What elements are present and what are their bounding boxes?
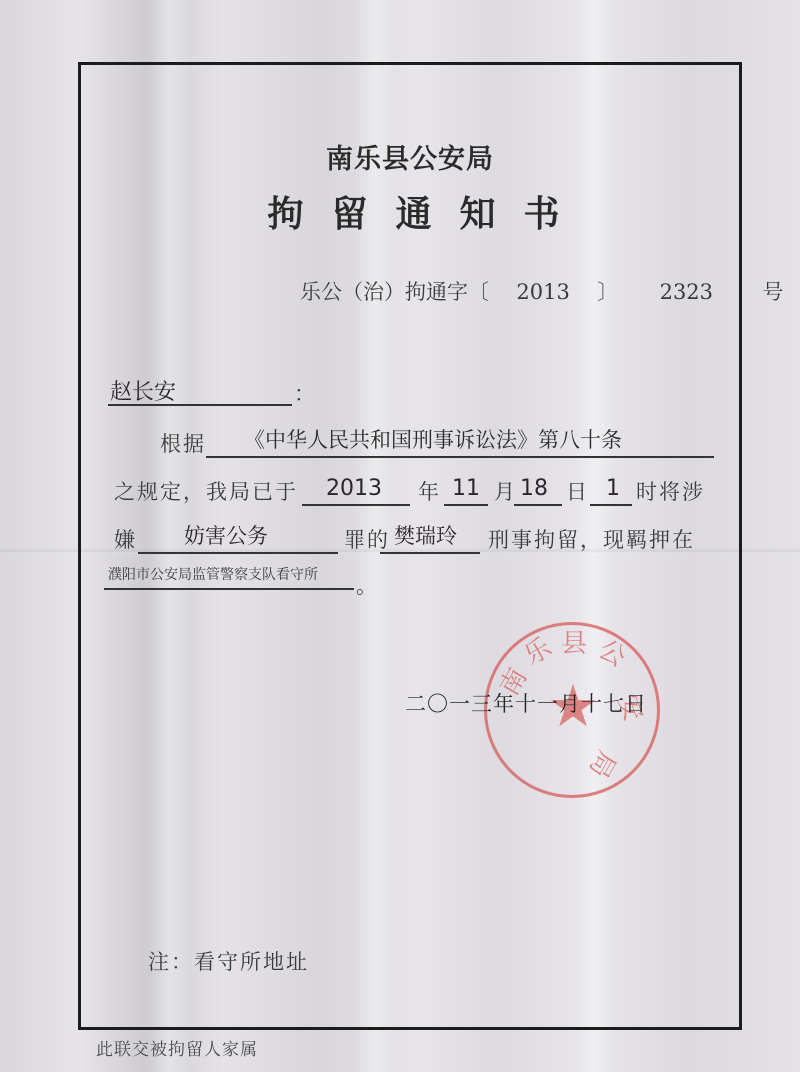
hour-unit: 时将涉 — [636, 482, 705, 503]
facility-period: 。 — [356, 576, 379, 597]
month-underline — [444, 504, 488, 506]
issuing-agency: 南乐县公安局 — [0, 146, 800, 173]
year-unit: 年 — [418, 482, 441, 503]
detention-year: 2013 — [326, 478, 382, 500]
basis-underline — [206, 456, 714, 458]
recipient-underline — [108, 404, 292, 406]
line2-intro: 之规定，我局已于 — [114, 482, 298, 503]
facility-underline — [104, 588, 354, 590]
doc-number-year: 2013 — [516, 282, 569, 303]
note-facility-address: 注：看守所地址 — [148, 952, 309, 973]
month-unit: 月 — [494, 482, 517, 503]
basis-label: 根据 — [160, 434, 206, 455]
year-underline — [302, 504, 410, 506]
recipient-colon: ： — [294, 384, 317, 405]
detention-day: 18 — [520, 478, 548, 500]
detention-month: 11 — [452, 478, 480, 500]
seal-char: 公 — [594, 636, 630, 672]
doc-number-suffix: 号 — [762, 282, 783, 303]
line3-prefix: 嫌 — [114, 530, 137, 551]
recipient-name: 赵长安 — [110, 382, 176, 404]
seal-char: 县 — [561, 631, 587, 657]
basis-law: 《中华人民共和国刑事诉讼法》第八十条 — [244, 430, 622, 451]
issue-date: 二〇一三年十一月十七日 — [405, 694, 647, 715]
doc-number-bracket: 〕 — [597, 282, 618, 303]
document-number: 乐公（治）拘通字〔 2013 〕 2323 号 — [300, 282, 783, 303]
seal-char: 乐 — [520, 634, 556, 670]
detainee-name: 樊瑞玲 — [394, 526, 457, 547]
footer-copy-note: 此联交被拘留人家属 — [96, 1042, 258, 1059]
detention-hour: 1 — [606, 478, 620, 500]
doc-number-prefix: 乐公（治）拘通字〔 — [300, 282, 489, 303]
seal-char: 局 — [584, 746, 620, 782]
detention-facility: 濮阳市公安局监管警察支队看守所 — [108, 568, 318, 582]
doc-number-value: 2323 — [660, 282, 713, 303]
crime-underline — [138, 552, 338, 554]
document-title: 拘留通知书 — [0, 196, 800, 232]
alleged-crime: 妨害公务 — [184, 526, 268, 547]
crime-suffix: 罪的 — [344, 530, 390, 551]
line3-suffix: 刑事拘留，现羁押在 — [488, 530, 695, 551]
day-underline — [514, 504, 562, 506]
detainee-underline — [380, 552, 480, 554]
hour-underline — [590, 504, 632, 506]
day-unit: 日 — [566, 482, 589, 503]
